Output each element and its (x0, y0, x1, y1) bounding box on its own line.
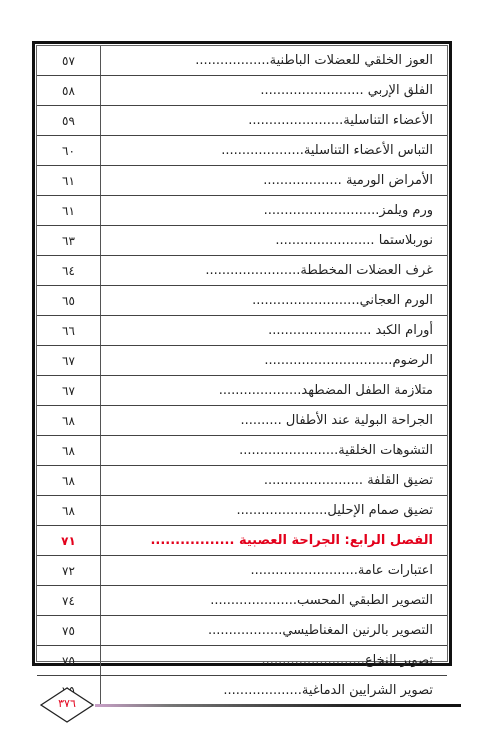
entry-title-cell[interactable]: تضيق القلفة ........................ (101, 466, 448, 496)
entry-title-cell[interactable]: نوربلاستما ........................ (101, 226, 448, 256)
footer-page-number: ٣٧٦ (40, 697, 94, 710)
entry-title: تضيق صمام الإحليل (327, 503, 433, 518)
toc-row: ٦١الأمراض الورمية ................... (37, 166, 447, 196)
dot-leader: .................... (219, 383, 302, 398)
page-number: ٦١ (37, 166, 101, 196)
dot-leader: .......................... (250, 563, 357, 578)
dot-leader: ................. (150, 533, 234, 548)
entry-title: غرف العضلات المخططة (300, 263, 433, 278)
entry-title: التباس الأعضاء التناسلية (304, 143, 433, 158)
entry-title-cell[interactable]: التصوير بالرنين المغناطيسي..............… (101, 616, 448, 646)
toc-row: ٧٥تصوير النخاع......................... (37, 646, 447, 676)
page-number: ٦٨ (37, 496, 101, 526)
entry-title-cell[interactable]: التشوهات الخلقية........................ (101, 436, 448, 466)
toc-row: ٧٥تصوير الشرايين الدماغية...............… (37, 676, 447, 706)
dot-leader: ........................ (264, 473, 363, 488)
page-number: ٦١ (37, 196, 101, 226)
toc-row: ٦٧متلازمة الطفل المضطهد.................… (37, 376, 447, 406)
entry-title-cell[interactable]: الجراحة البولية عند الأطفال .......... (101, 406, 448, 436)
dot-leader: ......................... (268, 323, 371, 338)
page-number: ٦٨ (37, 436, 101, 466)
page-number: ٧٤ (37, 586, 101, 616)
page-number: ٧٥ (37, 646, 101, 676)
toc-row: ٦٣نوربلاستما ........................ (37, 226, 447, 256)
entry-title-cell[interactable]: التصوير الطبقي المحسب...................… (101, 586, 448, 616)
toc-row: ٥٧العوز الخلقي للعضلات الباطنية.........… (37, 46, 447, 76)
toc-table-frame: ٥٧العوز الخلقي للعضلات الباطنية.........… (32, 41, 452, 666)
page-number: ٦٣ (37, 226, 101, 256)
dot-leader: ........................ (239, 443, 338, 458)
entry-title-cell[interactable]: غرف العضلات المخططة.....................… (101, 256, 448, 286)
entry-title: تصوير الشرايين الدماغية (302, 683, 433, 698)
toc-row: ٦٨التشوهات الخلقية......................… (37, 436, 447, 466)
page-number: ٧٥ (37, 616, 101, 646)
entry-title: الأعضاء التناسلية (343, 113, 433, 128)
toc-row: ٦٨تضيق القلفة ........................ (37, 466, 447, 496)
chapter-page-number: ٧١ (37, 526, 101, 556)
entry-title: اعتبارات عامة (358, 563, 433, 578)
dot-leader: .................. (208, 623, 282, 638)
entry-title-cell[interactable]: التباس الأعضاء التناسلية................… (101, 136, 448, 166)
dot-leader: ........................ (275, 233, 374, 248)
entry-title: الأمراض الورمية (342, 173, 433, 188)
page-number: ٦٧ (37, 346, 101, 376)
toc-row: ٦٠التباس الأعضاء التناسلية..............… (37, 136, 447, 166)
entry-title: التشوهات الخلقية (338, 443, 433, 458)
entry-title: أورام الكبد (371, 323, 433, 338)
entry-title: الفلق الإربي (364, 83, 433, 98)
entry-title-cell[interactable]: اعتبارات عامة.......................... (101, 556, 448, 586)
dot-leader: .......... (240, 413, 281, 428)
entry-title-cell[interactable]: تصوير النخاع......................... (101, 646, 448, 676)
toc-row: ٦٤غرف العضلات المخططة...................… (37, 256, 447, 286)
chapter-title-cell[interactable]: الفصل الرابع: الجراحة العصبية ..........… (101, 526, 448, 556)
entry-title: الرضوم (392, 353, 433, 368)
toc-row: ٦٦أورام الكبد ......................... (37, 316, 447, 346)
toc-table: ٥٧العوز الخلقي للعضلات الباطنية.........… (37, 46, 447, 705)
entry-title-cell[interactable]: الرضوم............................... (101, 346, 448, 376)
entry-title: العوز الخلقي للعضلات الباطنية (270, 53, 433, 68)
page-number: ٦٦ (37, 316, 101, 346)
entry-title-cell[interactable]: الأعضاء التناسلية....................... (101, 106, 448, 136)
page-number: ٥٨ (37, 76, 101, 106)
dot-leader: ..................... (210, 593, 297, 608)
entry-title-cell[interactable]: متلازمة الطفل المضطهد...................… (101, 376, 448, 406)
toc-row: ٥٨الفلق الإربي ......................... (37, 76, 447, 106)
page-number: ٦٠ (37, 136, 101, 166)
dot-leader: ....................... (205, 263, 300, 278)
dot-leader: ....................... (248, 113, 343, 128)
toc-row: ٦١ورم ويلمز............................ (37, 196, 447, 226)
toc-table-inner: ٥٧العوز الخلقي للعضلات الباطنية.........… (36, 45, 448, 662)
entry-title-cell[interactable]: الأمراض الورمية ................... (101, 166, 448, 196)
dot-leader: ............................ (264, 203, 380, 218)
dot-leader: ......................... (260, 83, 363, 98)
toc-chapter-row: ٧١الفصل الرابع: الجراحة العصبية ........… (37, 526, 447, 556)
entry-title: تضيق القلفة (363, 473, 433, 488)
entry-title-cell[interactable]: الورم العجاني.......................... (101, 286, 448, 316)
entry-title: الجراحة البولية عند الأطفال (282, 413, 433, 428)
entry-title: التصوير بالرنين المغناطيسي (282, 623, 433, 638)
dot-leader: ...................... (236, 503, 327, 518)
toc-row: ٦٨الجراحة البولية عند الأطفال .......... (37, 406, 447, 436)
page-number: ٦٧ (37, 376, 101, 406)
entry-title-cell[interactable]: أورام الكبد ......................... (101, 316, 448, 346)
page-number: ٧٢ (37, 556, 101, 586)
page-number: ٥٩ (37, 106, 101, 136)
toc-row: ٥٩الأعضاء التناسلية.....................… (37, 106, 447, 136)
toc-row: ٦٧الرضوم............................... (37, 346, 447, 376)
entry-title-cell[interactable]: تضيق صمام الإحليل...................... (101, 496, 448, 526)
dot-leader: .................. (195, 53, 269, 68)
page-number: ٦٨ (37, 406, 101, 436)
entry-title: ورم ويلمز (379, 203, 433, 218)
entry-title-cell[interactable]: العوز الخلقي للعضلات الباطنية...........… (101, 46, 448, 76)
dot-leader: ................... (263, 173, 342, 188)
entry-title-cell[interactable]: الفلق الإربي ......................... (101, 76, 448, 106)
entry-title: نوربلاستما (375, 233, 433, 248)
toc-row: ٧٤التصوير الطبقي المحسب.................… (37, 586, 447, 616)
entry-title-cell[interactable]: ورم ويلمز............................ (101, 196, 448, 226)
dot-leader: ................... (223, 683, 302, 698)
chapter-title: الفصل الرابع: الجراحة العصبية (234, 533, 433, 548)
entry-title: متلازمة الطفل المضطهد (301, 383, 433, 398)
footer-rule (95, 704, 461, 707)
dot-leader: ............................... (264, 353, 392, 368)
page-number: ٥٧ (37, 46, 101, 76)
page-number: ٦٤ (37, 256, 101, 286)
dot-leader: .......................... (252, 293, 359, 308)
toc-row: ٧٥التصوير بالرنين المغناطيسي............… (37, 616, 447, 646)
entry-title-cell[interactable]: تصوير الشرايين الدماغية.................… (101, 676, 448, 706)
toc-row: ٦٥الورم العجاني.........................… (37, 286, 447, 316)
entry-title: تصوير النخاع (365, 653, 433, 668)
toc-row: ٧٢اعتبارات عامة.........................… (37, 556, 447, 586)
entry-title: الورم العجاني (360, 293, 433, 308)
page-number: ٦٨ (37, 466, 101, 496)
entry-title: التصوير الطبقي المحسب (297, 593, 433, 608)
page-number: ٦٥ (37, 286, 101, 316)
toc-row: ٦٨تضيق صمام الإحليل.....................… (37, 496, 447, 526)
dot-leader: ......................... (262, 653, 365, 668)
dot-leader: .................... (221, 143, 304, 158)
